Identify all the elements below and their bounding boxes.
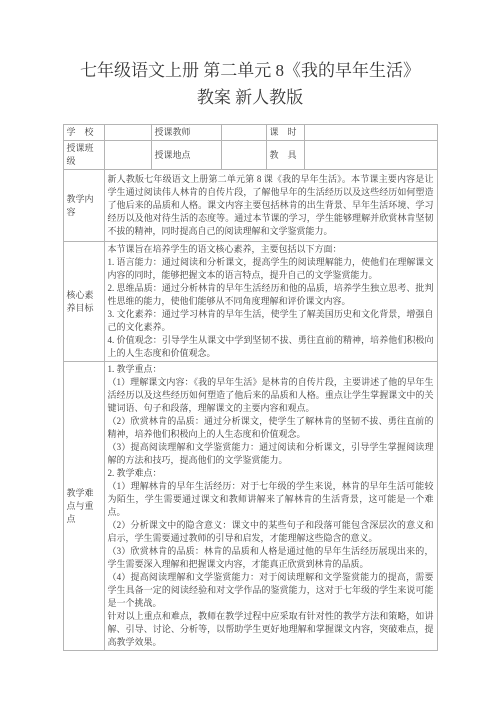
teacher-value bbox=[221, 125, 266, 141]
school-label: 学 校 bbox=[63, 125, 104, 141]
school-value bbox=[104, 125, 151, 141]
table-row: 核心素养目标 本节课旨在培养学生的语文核心素养，主要包括以下方面： 1. 语言能… bbox=[63, 242, 437, 362]
document-page: 七年级语文上册 第二单元 8《我的早年生活》教案 新人教版 学 校 授课教师 课… bbox=[0, 0, 500, 707]
teacher-label: 授课教师 bbox=[151, 125, 221, 141]
teaching-difficulties-body: 1. 教学重点： （1）理解课文内容：《我的早年生活》是林肯的自传片段，主要讲述… bbox=[104, 362, 437, 651]
paragraph: 1. 教学重点： bbox=[108, 363, 434, 376]
paragraph: （1）理解课文内容：《我的早年生活》是林肯的自传片段，主要讲述了他的早年生活经历… bbox=[108, 376, 434, 415]
paragraph: （4）提高阅读理解和文学鉴赏能力：对于阅读理解和文学鉴赏能力的提高，需要学生具备… bbox=[108, 571, 434, 610]
core-literacy-goals-label: 核心素养目标 bbox=[63, 242, 104, 362]
teaching-content-label: 教学内容 bbox=[63, 170, 104, 242]
paragraph: 4. 价值观念：引导学生从课文中学到坚韧不拔、勇往直前的精神，培养他们积极向上的… bbox=[108, 334, 434, 360]
paragraph: 2. 思维品质：通过分析林肯的早年生活经历和他的品质，培养学生独立思考、批判性思… bbox=[108, 282, 434, 308]
paragraph: （2）分析课文中的隐含意义：课文中的某些句子和段落可能包含深层次的意义和启示，学… bbox=[108, 519, 434, 545]
paragraph: 2. 教学难点： bbox=[108, 467, 434, 480]
paragraph: 针对以上重点和难点，教师在教学过程中应采取有针对性的教学方法和策略，如讲解、引导… bbox=[108, 610, 434, 649]
table-row: 学 校 授课教师 课 时 bbox=[63, 125, 437, 141]
class-hours-label: 课 时 bbox=[266, 125, 304, 141]
paragraph: （3）欣赏林肯的品质：林肯的品质和人格是通过他的早年生活经历展现出来的，学生需要… bbox=[108, 545, 434, 571]
table-row: 教学内容 新人教版七年级语文上册第二单元第 8 课《我的早年生活》。本节课主要内… bbox=[63, 170, 437, 242]
paragraph: （1）理解林肯的早年生活经历：对于七年级的学生来说，林肯的早年生活可能较为陌生，… bbox=[108, 480, 434, 519]
teaching-content-body: 新人教版七年级语文上册第二单元第 8 课《我的早年生活》。本节课主要内容是让学生… bbox=[104, 170, 437, 242]
teaching-aids-value bbox=[304, 141, 437, 170]
lesson-plan-table: 学 校 授课教师 课 时 授课班级 授课地点 教 具 教学内容 新人教版七年级语… bbox=[63, 124, 438, 651]
paragraph: 1. 语言能力：通过阅读和分析课文，提高学生的阅读理解能力，使他们在理解课文内容… bbox=[108, 256, 434, 282]
document-title: 七年级语文上册 第二单元 8《我的早年生活》教案 新人教版 bbox=[74, 57, 426, 111]
paragraph: 新人教版七年级语文上册第二单元第 8 课《我的早年生活》。本节课主要内容是让学生… bbox=[108, 173, 434, 238]
paragraph: 3. 文化素养：通过学习林肯的早年生活，使学生了解美国历史和文化背景，增强自己的… bbox=[108, 308, 434, 334]
table-row: 教学难点与重点 1. 教学重点： （1）理解课文内容：《我的早年生活》是林肯的自… bbox=[63, 362, 437, 651]
teaching-aids-label: 教 具 bbox=[266, 141, 304, 170]
paragraph: （2）欣赏林肯的品质：通过分析课文，使学生了解林肯的坚韧不拔、勇往直前的精神，培… bbox=[108, 415, 434, 441]
teaching-class-label: 授课班级 bbox=[63, 141, 104, 170]
location-value bbox=[221, 141, 266, 170]
class-hours-value bbox=[304, 125, 437, 141]
paragraph: 本节课旨在培养学生的语文核心素养，主要包括以下方面： bbox=[108, 243, 434, 256]
core-literacy-goals-body: 本节课旨在培养学生的语文核心素养，主要包括以下方面： 1. 语言能力：通过阅读和… bbox=[104, 242, 437, 362]
paragraph: （3）提高阅读理解和文学鉴赏能力：通过阅读和分析课文，引导学生掌握阅读理解的方法… bbox=[108, 441, 434, 467]
teaching-difficulties-label: 教学难点与重点 bbox=[63, 362, 104, 651]
location-label: 授课地点 bbox=[151, 141, 221, 170]
table-row: 授课班级 授课地点 教 具 bbox=[63, 141, 437, 170]
teaching-class-value bbox=[104, 141, 151, 170]
